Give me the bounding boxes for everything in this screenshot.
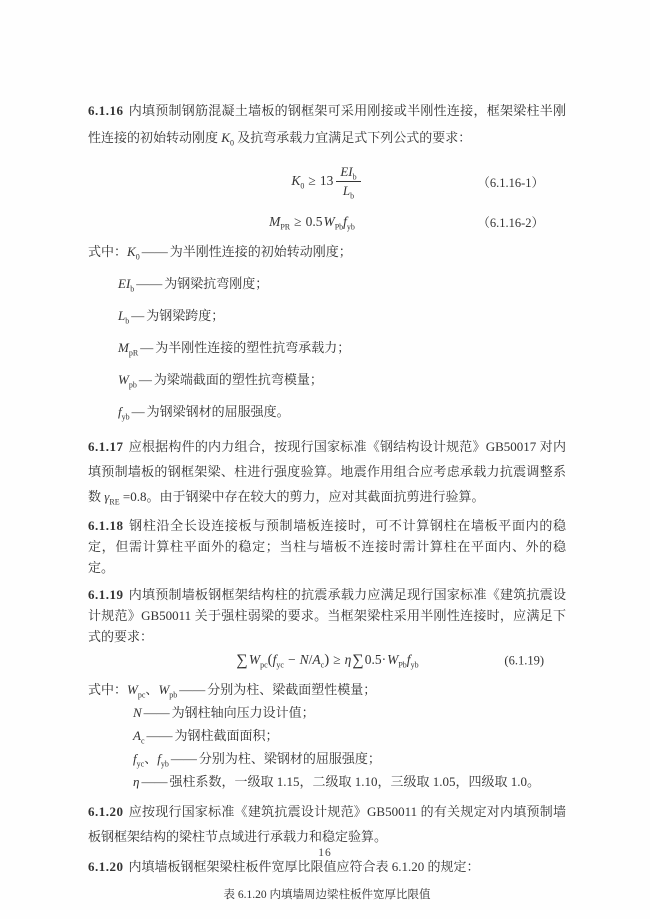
var-fyc: fyc [133, 751, 144, 766]
clause-6-1-16: 6.1.16内填预制钢筋混凝土墙板的钢框架可采用刚接或半刚性连接，框架梁柱半刚性… [88, 97, 566, 151]
definition-text: 为半刚性连接的初始转动刚度； [170, 244, 352, 259]
var-base: W [158, 682, 169, 697]
var-fyb: fyb [157, 751, 169, 766]
clause-text: =0.8。由于钢梁中存在较大的剪力，应对其截面抗剪进行验算。 [123, 489, 485, 504]
clause-text: 内填预制墙板钢框架结构柱的抗震承载力应满足现行国家标准《建筑抗震设计规范》GB5… [88, 587, 566, 644]
var-sub: b [125, 317, 129, 326]
var-base: W [387, 652, 398, 667]
var-base: M [118, 340, 129, 355]
definition-item: fyc、fyb——分别为柱、梁钢材的屈服强度； [88, 747, 566, 770]
definition-item: fyb—为钢梁钢材的屈服强度。 [88, 396, 566, 428]
geq-operator: ≥ [308, 173, 315, 188]
var-EIb: EIb [340, 164, 356, 179]
definition-text: 分别为柱、梁截面塑性模量； [207, 682, 376, 697]
var-base: W [118, 372, 129, 387]
definition-item: 式中：Wpc、Wpb——分别为柱、梁截面塑性模量； [88, 678, 566, 701]
clause-text: 钢柱沿全长设连接板与预制墙板连接时，可不计算钢柱在墙板平面内的稳定，但需计算柱平… [88, 518, 566, 575]
var-base: K [221, 130, 230, 145]
dash: — [132, 404, 145, 419]
clause-text: 应按现行国家标准《建筑抗震设计规范》GB50011 的有关规定对内填预制墙板钢框… [88, 804, 566, 844]
var-fyb: fyb [118, 404, 130, 419]
formula-number-label: （6.1.16-2） [477, 213, 544, 231]
var-K0: K0 [291, 173, 304, 188]
formula-expression: K0≥13EIbLb [291, 164, 362, 199]
definition-text: 强柱系数，一级取 1.15，二级取 1.10，三级取 1.05，四级取 1.0。 [169, 774, 540, 789]
var-base: W [323, 214, 334, 229]
var-sub: yc [276, 661, 284, 670]
document-page: 6.1.16内填预制钢筋混凝土墙板的钢框架可采用刚接或半刚性连接，框架梁柱半刚性… [0, 0, 650, 919]
var-base: L [343, 183, 350, 198]
var-sub: 0 [300, 181, 304, 190]
clause-number: 6.1.19 [88, 587, 124, 602]
var-Wpb: Wpb [118, 372, 137, 387]
var-sub: b [350, 192, 354, 201]
clause-6-1-17: 6.1.17应根据构件的内力组合，按现行国家标准《钢结构设计规范》GB50017… [88, 434, 566, 509]
right-paren: ) [324, 652, 329, 668]
definition-item: Ac——为钢柱截面面积； [88, 724, 566, 747]
var-base: EI [118, 276, 130, 291]
var-sub: c [141, 737, 145, 746]
dash: — [140, 340, 153, 355]
definition-item: η——强柱系数，一级取 1.15，二级取 1.10，三级取 1.05，四级取 1… [88, 770, 566, 793]
clause-text: 及抗弯承载力宜满足式下列公式的要求： [237, 130, 471, 145]
var-sub: b [353, 173, 357, 182]
formula-expression: ∑Wpc(fyc−N/Ac)≥η∑0.5·WPbfyb [235, 652, 418, 670]
formula-number-label: （6.1.16-1） [477, 173, 544, 191]
var-base: W [249, 652, 260, 667]
var-N: N [133, 705, 142, 720]
var-sub: pR [129, 349, 138, 358]
definition-list-2: 式中：Wpc、Wpb——分别为柱、梁截面塑性模量； N——为钢柱轴向压力设计值；… [88, 678, 566, 793]
var-sub: yb [347, 223, 355, 232]
var-N: N [300, 652, 309, 667]
clause-number: 6.1.18 [88, 518, 124, 533]
clause-6-1-20-a: 6.1.20应按现行国家标准《建筑抗震设计规范》GB50011 的有关规定对内填… [88, 799, 566, 849]
var-Lb: Lb [118, 308, 129, 323]
var-Wpc: Wpc [249, 652, 268, 667]
definition-text: 为梁端截面的塑性抗弯模量； [154, 372, 323, 387]
var-gammaRE: γRE [104, 489, 119, 504]
fraction: EIbLb [336, 164, 360, 199]
geq-operator: ≥ [294, 214, 301, 229]
list-separator: 、 [145, 682, 158, 697]
deflist-lead: 式中： [88, 244, 127, 259]
var-sub: PR [280, 223, 290, 232]
var-base: M [269, 214, 280, 229]
clause-number: 6.1.20 [88, 859, 124, 874]
dash: —— [179, 682, 205, 697]
clause-number: 6.1.16 [88, 103, 124, 118]
fraction-numerator: EIb [336, 164, 360, 181]
definition-text: 分别为柱、梁钢材的屈服强度； [199, 751, 381, 766]
var-base: K [127, 244, 136, 259]
var-MpR: MpR [118, 340, 138, 355]
var-MPR: MPR [269, 214, 290, 229]
definition-item: 式中：K0——为半刚性连接的初始转动刚度； [88, 236, 566, 268]
dash: —— [136, 276, 162, 291]
var-eta: η [345, 652, 352, 667]
var-base: W [127, 682, 138, 697]
definition-list-1: 式中：K0——为半刚性连接的初始转动刚度； EIb——为钢梁抗弯刚度； Lb—为… [88, 236, 566, 428]
clause-text: 内填墙板钢框架梁柱板件宽厚比限值应符合表 6.1.20 的规定： [129, 859, 480, 874]
definition-text: 为半刚性连接的塑性抗弯承载力； [155, 340, 350, 355]
var-sub: b [130, 285, 134, 294]
definition-item: Wpb—为梁端截面的塑性抗弯模量； [88, 364, 566, 396]
dash: —— [147, 728, 173, 743]
var-WPb: WPb [323, 214, 343, 229]
geq-operator: ≥ [333, 652, 340, 667]
clause-6-1-19: 6.1.19内填预制墙板钢框架结构柱的抗震承载力应满足现行国家标准《建筑抗震设计… [88, 584, 566, 647]
minus-operator: − [288, 652, 296, 667]
coefficient: 0.5 [306, 214, 323, 229]
var-sub: Pb [335, 223, 343, 232]
var-sub: 0 [136, 253, 140, 262]
var-Wpb: Wpb [158, 682, 177, 697]
dash: —— [142, 244, 168, 259]
var-fyc: fyc [273, 652, 284, 667]
formula-expression: MPR≥0.5WPbfyb [269, 214, 355, 230]
var-base: N [133, 705, 142, 720]
formula-6-1-19: ∑Wpc(fyc−N/Ac)≥η∑0.5·WPbfyb (6.1.19) [88, 652, 566, 670]
var-K0: K0 [221, 130, 234, 145]
clause-number: 6.1.17 [88, 439, 124, 454]
dash: —— [171, 751, 197, 766]
var-sub: yb [122, 413, 130, 422]
definition-text: 为钢梁跨度； [146, 308, 224, 323]
formula-6-1-16-1: K0≥13EIbLb （6.1.16-1） [88, 164, 566, 199]
var-sub: Pb [398, 661, 406, 670]
table-caption: 表 6.1.20 内填墙周边梁柱板件宽厚比限值 [88, 886, 566, 902]
var-EIb: EIb [118, 276, 134, 291]
var-base: A [312, 652, 320, 667]
dash: — [139, 372, 152, 387]
formula-number-label: (6.1.19) [504, 654, 544, 669]
definition-item: EIb——为钢梁抗弯刚度； [88, 268, 566, 300]
var-sub: RE [109, 498, 119, 507]
var-sub: yb [161, 760, 169, 769]
var-sub: pb [169, 691, 177, 700]
clause-6-1-18: 6.1.18钢柱沿全长设连接板与预制墙板连接时，可不计算钢柱在墙板平面内的稳定，… [88, 515, 566, 578]
deflist-lead: 式中： [88, 682, 127, 697]
var-eta: η [133, 774, 139, 789]
clause-number: 6.1.20 [88, 804, 124, 819]
var-Ac: Ac [133, 728, 145, 743]
var-Lb: Lb [343, 183, 354, 198]
var-K0: K0 [127, 244, 140, 259]
var-base: η [345, 652, 352, 667]
list-separator: 、 [144, 751, 157, 766]
definition-item: Lb—为钢梁跨度； [88, 300, 566, 332]
var-base: A [133, 728, 141, 743]
fraction-denominator: Lb [336, 181, 360, 199]
var-sub: 0 [230, 139, 234, 148]
coefficient: 13 [320, 173, 334, 188]
var-Ac: Ac [312, 652, 324, 667]
sum-operator: ∑ [352, 652, 363, 669]
var-base: EI [340, 164, 352, 179]
dash: —— [141, 774, 167, 789]
definition-item: N——为钢柱轴向压力设计值； [88, 701, 566, 724]
dash: —— [144, 705, 170, 720]
var-WPb: WPb [387, 652, 407, 667]
coefficient: 0.5· [365, 652, 386, 667]
definition-item: MpR—为半刚性连接的塑性抗弯承载力； [88, 332, 566, 364]
definition-text: 为钢梁抗弯刚度； [164, 276, 268, 291]
definition-text: 为钢柱截面面积； [175, 728, 279, 743]
var-sub: yb [411, 661, 419, 670]
page-number: 16 [0, 847, 650, 859]
definition-text: 为钢柱轴向压力设计值； [172, 705, 315, 720]
var-sub: pb [129, 381, 137, 390]
var-fyb: fyb [407, 652, 419, 667]
var-base: N [300, 652, 309, 667]
formula-6-1-16-2: MPR≥0.5WPbfyb （6.1.16-2） [88, 214, 566, 230]
var-base: η [133, 774, 139, 789]
var-fyb: fyb [343, 214, 355, 229]
dash: — [131, 308, 144, 323]
sum-operator: ∑ [236, 652, 247, 669]
var-Wpc: Wpc [127, 682, 145, 697]
definition-text: 为钢梁钢材的屈服强度。 [147, 404, 290, 419]
var-sub: pc [260, 661, 268, 670]
